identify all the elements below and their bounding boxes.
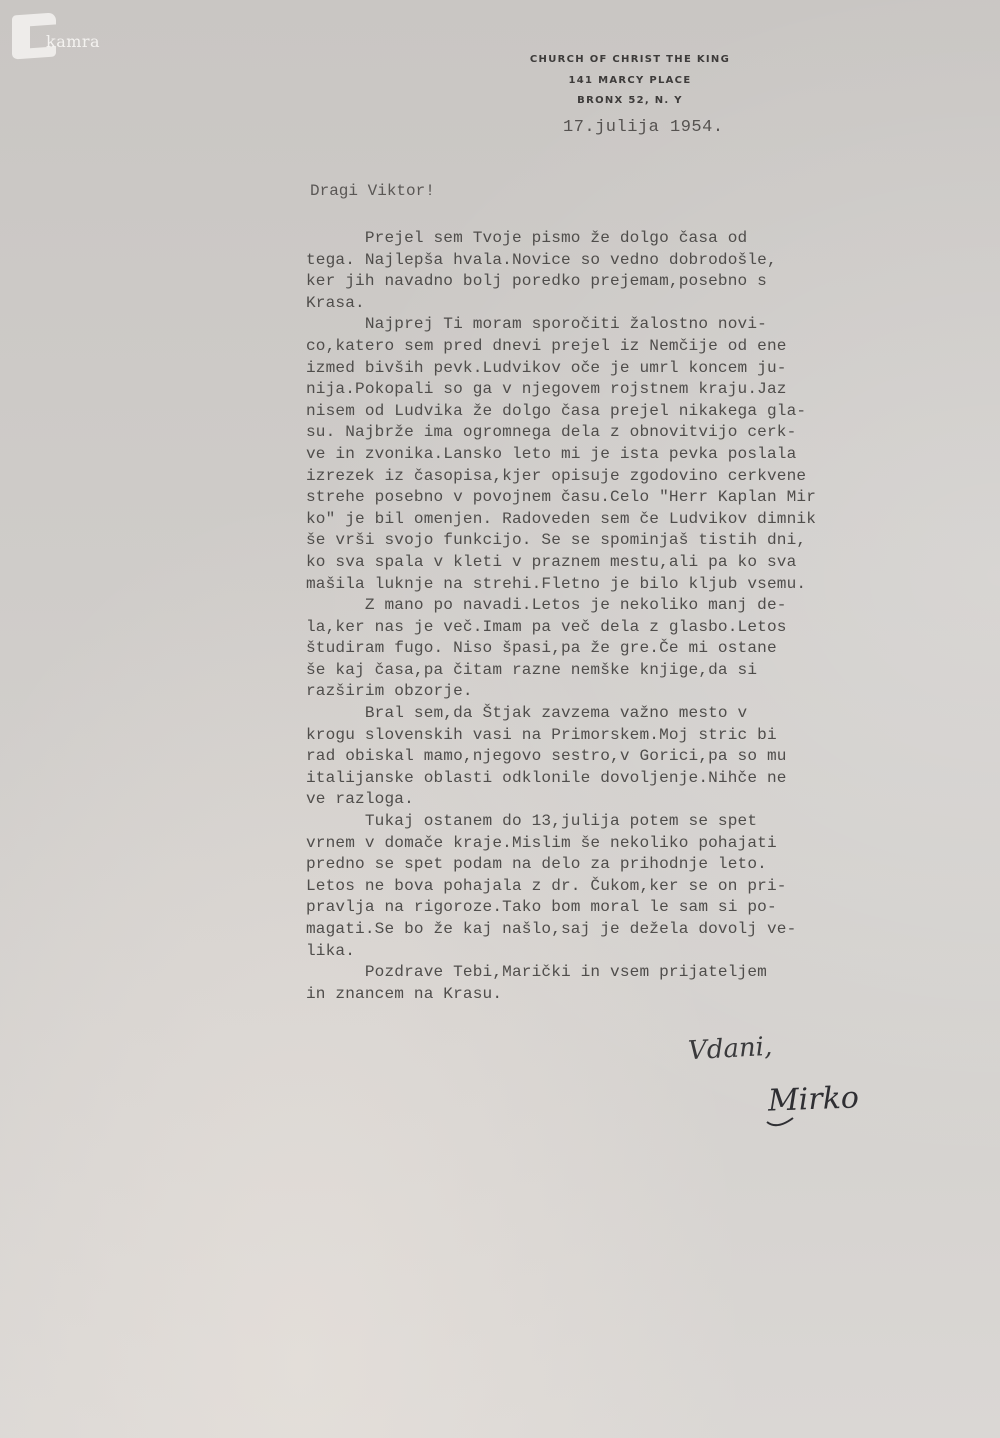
watermark-text: kamra	[46, 32, 100, 51]
letter-line: Bral sem,da Štjak zavzema važno mesto v	[306, 703, 996, 725]
letter-line: izrezek iz časopisa,kjer opisuje zgodovi…	[306, 466, 996, 488]
letterhead: CHURCH OF CHRIST THE KING 141 MARCY PLAC…	[500, 50, 760, 112]
letter-line: Najprej Ti moram sporočiti žalostno novi…	[306, 314, 996, 336]
letter-line: krogu slovenskih vasi na Primorskem.Moj …	[306, 725, 996, 747]
letter-line: co,katero sem pred dnevi prejel iz Nemči…	[306, 336, 996, 358]
letter-line: študiram fugo. Niso špasi,pa že gre.Če m…	[306, 638, 996, 660]
letter-line: ko sva spala v kleti v praznem mestu,ali…	[306, 552, 996, 574]
letter-line: su. Najbrže ima ogromnega dela z obnovit…	[306, 422, 996, 444]
letter-line: nija.Pokopali so ga v njegovem rojstnem …	[306, 379, 996, 401]
letter-line: vrnem v domače kraje.Mislim še nekoliko …	[306, 833, 996, 855]
letter-line: Tukaj ostanem do 13,julija potem se spet	[306, 811, 996, 833]
letter-line: lika.	[306, 941, 996, 963]
letterhead-street: 141 MARCY PLACE	[500, 71, 760, 92]
letter-line: ko" je bil omenjen. Radoveden sem če Lud…	[306, 509, 996, 531]
letter-line: nisem od Ludvika že dolgo časa prejel ni…	[306, 401, 996, 423]
letter-line: ve in zvonika.Lansko leto mi je ista pev…	[306, 444, 996, 466]
signature-flourish	[765, 1100, 805, 1130]
letter-line: še kaj časa,pa čitam razne nemške knjige…	[306, 660, 996, 682]
letter-line: Krasa.	[306, 293, 996, 315]
letter-line: predno se spet podam na delo za prihodnj…	[306, 854, 996, 876]
letter-line: še vrši svojo funkcijo. Se se spominjaš …	[306, 530, 996, 552]
letter-line: strehe posebno v povojnem času.Celo "Her…	[306, 487, 996, 509]
kamra-watermark: kamra	[12, 12, 122, 62]
letter-line: magati.Se bo že kaj našlo,saj je dežela …	[306, 919, 996, 941]
letter-line: tega. Najlepša hvala.Novice so vedno dob…	[306, 250, 996, 272]
letter-line: rad obiskal mamo,njegovo sestro,v Gorici…	[306, 746, 996, 768]
letterhead-city: BRONX 52, N. Y	[500, 91, 760, 112]
letterhead-organization: CHURCH OF CHRIST THE KING	[500, 50, 760, 71]
letter-date: 17.julija 1954.	[563, 118, 724, 137]
letter-line: pravlja na rigoroze.Tako bom moral le sa…	[306, 897, 996, 919]
letter-body: Prejel sem Tvoje pismo že dolgo časa odt…	[306, 228, 996, 1005]
letter-line: in znancem na Krasu.	[306, 984, 996, 1006]
letter-line: ker jih navadno bolj poredko prejemam,po…	[306, 271, 996, 293]
salutation: Dragi Viktor!	[310, 182, 435, 200]
letter-line: Prejel sem Tvoje pismo že dolgo časa od	[306, 228, 996, 250]
letter-line: razširim obzorje.	[306, 681, 996, 703]
letter-line: Z mano po navadi.Letos je nekoliko manj …	[306, 595, 996, 617]
letter-line: ve razloga.	[306, 789, 996, 811]
letter-line: la,ker nas je več.Imam pa več dela z gla…	[306, 617, 996, 639]
letter-line: Letos ne bova pohajala z dr. Čukom,ker s…	[306, 876, 996, 898]
handwritten-closing: Vdani,	[687, 1032, 773, 1066]
letter-line: izmed bivših pevk.Ludvikov oče je umrl k…	[306, 358, 996, 380]
letter-line: italijanske oblasti odklonile dovoljenje…	[306, 768, 996, 790]
letter-line: Pozdrave Tebi,Marički in vsem prijatelje…	[306, 962, 996, 984]
letter-line: mašila luknje na strehi.Fletno je bilo k…	[306, 574, 996, 596]
